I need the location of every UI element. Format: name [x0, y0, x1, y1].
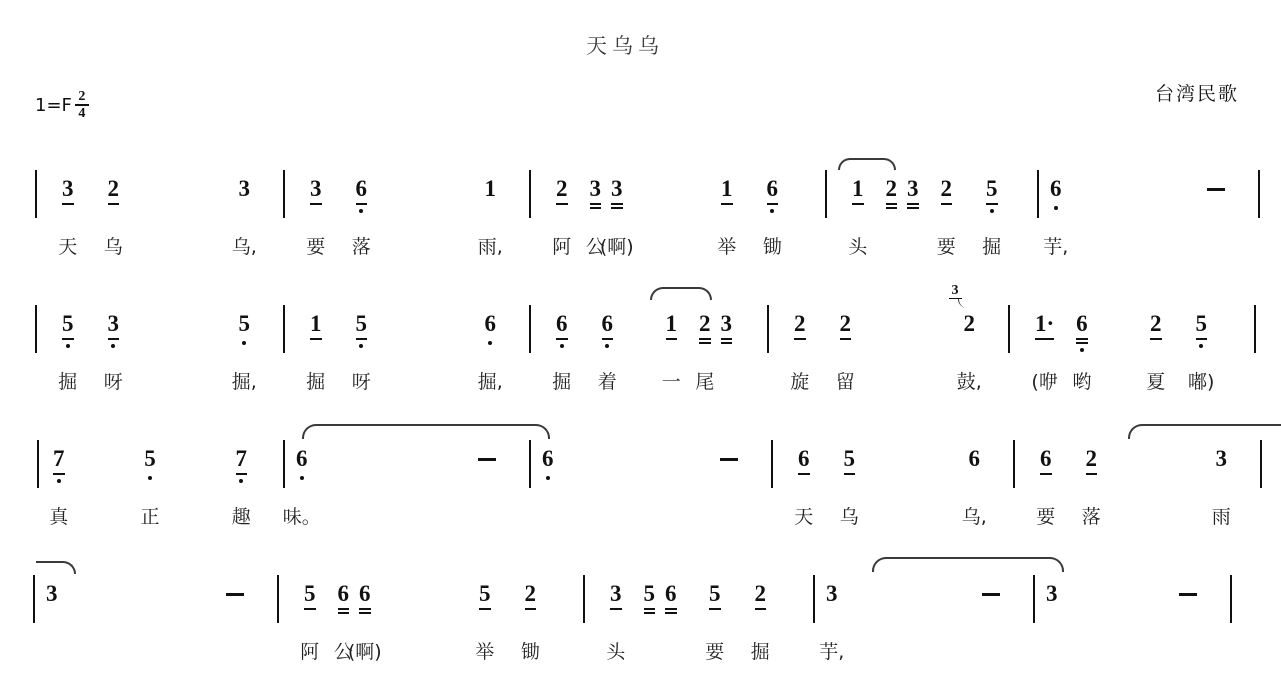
barline	[813, 575, 815, 623]
key-signature: 1=F 2 4	[35, 90, 89, 120]
measure: 1掘5呀6掘,	[291, 311, 521, 348]
note: 6	[539, 446, 557, 480]
measure: 6掘6着1一2尾3	[537, 311, 759, 348]
note-digit: 3	[310, 176, 322, 202]
low-octave-dot	[546, 476, 550, 480]
beam-underline	[310, 338, 322, 340]
slur-tie	[838, 158, 896, 170]
note-group: 23鼓,	[961, 311, 979, 337]
note: 6锄	[750, 176, 796, 213]
note: 6公	[333, 581, 355, 614]
note: 6落	[339, 176, 385, 213]
lyric: 乌	[840, 502, 859, 529]
note-digit: 6	[556, 311, 568, 337]
note-digit: 3	[907, 176, 919, 202]
note-digit: 6	[359, 581, 371, 607]
dash-note	[223, 581, 247, 596]
lyric: 着	[598, 367, 617, 394]
low-octave-dot	[560, 344, 564, 348]
note: 5正	[141, 446, 159, 480]
lyric: 掘,	[232, 367, 257, 394]
note-digit: 3	[721, 311, 733, 337]
note-group: 1举6锄	[704, 176, 795, 213]
measure: 6要2落3雨	[1021, 446, 1252, 475]
note-digit: 2	[941, 176, 953, 202]
note-group: 3	[1043, 581, 1061, 607]
note-digit: 6	[485, 311, 497, 337]
low-octave-dot	[1080, 348, 1084, 352]
note: 5嘟)	[1179, 311, 1225, 348]
note: 3乌,	[236, 176, 254, 202]
beam-underline	[338, 608, 350, 610]
measure: 5阿6公6(啊)5举2锄	[285, 581, 575, 614]
grace-note: 3	[949, 283, 962, 308]
note: 2	[881, 176, 903, 209]
beam-underline	[304, 608, 316, 610]
lyric: 乌	[104, 232, 123, 259]
measure: 6味。	[291, 446, 521, 480]
note: 2掘	[738, 581, 784, 610]
beam-underline	[721, 203, 733, 205]
beam-underline	[798, 473, 810, 475]
barline	[283, 440, 285, 488]
note-digit: 6	[542, 446, 554, 472]
note: 23鼓,	[961, 311, 979, 337]
note-digit: 2	[556, 176, 568, 202]
lyric: 乌,	[962, 502, 987, 529]
barline	[529, 170, 531, 218]
lyric: (啊)	[348, 637, 382, 664]
beam-underline-2	[1076, 342, 1088, 344]
score-line: 7真5正7趣6味。66天5乌6乌,6要2落3雨	[0, 428, 1281, 558]
note-digit: 6	[767, 176, 779, 202]
low-octave-dot	[605, 344, 609, 348]
note: 6天	[781, 446, 827, 475]
beam-underline	[844, 473, 856, 475]
lyric: 呀	[104, 367, 123, 394]
note: 6着	[585, 311, 631, 348]
measure: 5掘3呀5掘,	[43, 311, 275, 348]
note-digit: 3	[62, 176, 74, 202]
barline	[583, 575, 585, 623]
beam-underline	[108, 338, 120, 340]
beam-underline	[610, 608, 622, 610]
beam-underline-2	[644, 612, 656, 614]
lyric: 掘,	[478, 367, 503, 394]
note-digit: 2	[755, 581, 767, 607]
barline	[1258, 170, 1260, 218]
lyric: 掘	[306, 367, 325, 394]
note-group	[717, 446, 741, 461]
note-digit: 5	[144, 446, 156, 472]
beam-underline	[886, 203, 898, 205]
barline	[1037, 170, 1039, 218]
note: 6要	[1023, 446, 1069, 475]
note-digit: 6	[969, 446, 981, 472]
lyric: 嘟)	[1188, 367, 1214, 394]
note: 3	[1043, 581, 1061, 607]
dash-mark	[1207, 188, 1225, 191]
beam-underline-2	[721, 342, 733, 344]
note-digit: 3	[108, 311, 120, 337]
note-digit: 5	[844, 446, 856, 472]
note: 5掘	[969, 176, 1015, 213]
note-digit: 5	[479, 581, 491, 607]
beam-underline	[479, 608, 491, 610]
beam-underline	[1040, 473, 1052, 475]
barline	[771, 440, 773, 488]
note-group	[979, 581, 1003, 596]
note-group: 6芋,	[1047, 176, 1065, 210]
beam-underline	[359, 608, 371, 610]
note-digit: 1	[666, 311, 678, 337]
note: 2留	[823, 311, 869, 340]
note: 6哟	[1071, 311, 1093, 352]
lyric: 落	[1082, 502, 1101, 529]
note: 5掘,	[236, 311, 254, 345]
note-group: 5举2锄	[462, 581, 553, 610]
measure: 3天2乌3乌,	[43, 176, 275, 205]
beam-underline-2	[907, 207, 919, 209]
low-octave-dot	[770, 209, 774, 213]
lyric: 味。	[283, 502, 321, 529]
beam-underline-2	[590, 207, 602, 209]
barline	[529, 305, 531, 353]
lyric: 阿	[300, 637, 319, 664]
barline	[277, 575, 279, 623]
note-digit: 6	[1076, 311, 1088, 337]
note-group: 5阿6公6(啊)	[287, 581, 376, 614]
beam-underline	[310, 203, 322, 205]
beam-underline	[709, 608, 721, 610]
note-group: 6天5乌	[781, 446, 872, 475]
measure: 3头565要2掘	[591, 581, 805, 614]
note: 2落	[1069, 446, 1115, 475]
note-digit: 1	[721, 176, 733, 202]
lyric: 阿	[552, 232, 571, 259]
note: 7趣	[230, 446, 254, 483]
note-group: 1·(咿6哟	[1018, 311, 1093, 352]
note: 6(啊)	[354, 581, 376, 614]
note-group	[223, 581, 247, 596]
note: 7真	[47, 446, 71, 483]
beam-underline	[611, 203, 623, 205]
score-line: 3天2乌3乌,3要6落1雨,2阿3公3(啊)1举6锄1头232要5掘6芋,	[0, 158, 1281, 288]
dash-note	[979, 581, 1003, 596]
note-group: 6味。	[293, 446, 311, 480]
beam-underline-2	[665, 612, 677, 614]
beam-underline	[794, 338, 806, 340]
note-digit: 1	[485, 176, 497, 202]
beam-underline	[1035, 338, 1054, 340]
note-digit: 1	[852, 176, 864, 202]
note: 1举	[704, 176, 750, 205]
dash-note	[717, 446, 741, 461]
barline	[283, 305, 285, 353]
note-group: 5掘3呀	[45, 311, 136, 348]
note-group: 1掘5呀	[293, 311, 384, 348]
slur-tie	[872, 557, 1064, 572]
barline	[35, 170, 37, 218]
note-group: 2旋2留	[777, 311, 868, 340]
note: 6芋,	[1047, 176, 1065, 210]
beam-underline-2	[338, 612, 350, 614]
note: 2锄	[508, 581, 554, 610]
note: 3天	[45, 176, 91, 205]
key-text: 1=F	[35, 95, 72, 116]
lyric: 掘	[552, 367, 571, 394]
note-digit: 3	[590, 176, 602, 202]
beam-underline	[236, 473, 248, 475]
note: 3要	[293, 176, 339, 205]
note-digit: 2	[108, 176, 120, 202]
lyric: 正	[140, 502, 159, 529]
beam-underline	[62, 338, 74, 340]
sheet-music-page: { "page": { "title": "天乌乌", "credit": "台…	[0, 0, 1281, 686]
note-digit: 1	[310, 311, 322, 337]
note-group: 5正	[141, 446, 159, 480]
meter-denominator: 4	[78, 107, 85, 120]
lyric: 雨	[1212, 502, 1231, 529]
lyric: 头	[848, 232, 867, 259]
note-digit: 6	[602, 311, 614, 337]
beam-underline-2	[886, 207, 898, 209]
beam-underline	[556, 203, 568, 205]
lyric: 天	[794, 502, 813, 529]
barline	[1254, 305, 1256, 353]
low-octave-dot	[990, 209, 994, 213]
low-octave-dot	[1054, 206, 1058, 210]
beam-underline-2	[699, 342, 711, 344]
barline	[1230, 575, 1232, 623]
augmentation-dot: ·	[1047, 311, 1055, 336]
beam-underline	[666, 338, 678, 340]
note: 1雨,	[482, 176, 500, 202]
beam-underline	[941, 203, 953, 205]
note-digit: 3	[826, 581, 838, 607]
note-digit: 5	[644, 581, 656, 607]
note: 1头	[835, 176, 881, 205]
barline	[37, 440, 39, 488]
note-digit: 6	[1050, 176, 1062, 202]
note: 6味。	[293, 446, 311, 480]
beam-underline	[53, 473, 65, 475]
note-group: 1头23	[835, 176, 924, 209]
beam-underline	[852, 203, 864, 205]
note-group: 3乌,	[236, 176, 254, 202]
note: 3	[902, 176, 924, 209]
lyric: 举	[717, 232, 736, 259]
note-group: 7真	[47, 446, 71, 483]
note: 5呀	[339, 311, 385, 348]
slur-tie	[1128, 424, 1281, 439]
lyric: 乌,	[232, 232, 257, 259]
note-digit: 2	[794, 311, 806, 337]
barline	[33, 575, 35, 623]
note-digit: 2	[1086, 446, 1098, 472]
dash-note	[475, 446, 499, 461]
beam-underline	[767, 203, 779, 205]
low-octave-dot	[488, 341, 492, 345]
lyric: 要	[937, 232, 956, 259]
lyric: 芋,	[819, 637, 844, 664]
note: 3芋,	[823, 581, 841, 607]
low-octave-dot	[359, 209, 363, 213]
song-credit: 台湾民歌	[1155, 79, 1239, 106]
lyric: 趣	[232, 502, 251, 529]
note-group: 6	[539, 446, 557, 480]
dash-note	[1204, 176, 1228, 191]
note-group: 3芋,	[823, 581, 841, 607]
note-group: 1雨,	[482, 176, 500, 202]
grace-digit: 3	[949, 283, 962, 299]
measure: 6芋,	[1045, 176, 1250, 210]
note: 2要	[924, 176, 970, 205]
lyric: 尾	[695, 367, 714, 394]
low-octave-dot	[359, 344, 363, 348]
barline	[1260, 440, 1262, 488]
measure: 6	[537, 446, 763, 480]
beam-underline	[699, 338, 711, 340]
measure: 3芋,	[821, 581, 1025, 607]
barline	[529, 440, 531, 488]
beam-underline	[721, 338, 733, 340]
note-digit: 7	[53, 446, 65, 472]
lyric: 举	[475, 637, 494, 664]
note-group: 2夏5嘟)	[1133, 311, 1224, 348]
lyric: 要	[1036, 502, 1055, 529]
low-octave-dot	[1199, 344, 1203, 348]
lyric: (啊)	[600, 232, 634, 259]
barline	[1013, 440, 1015, 488]
beam-underline	[525, 608, 537, 610]
low-octave-dot	[148, 476, 152, 480]
beam-underline	[1196, 338, 1208, 340]
lyric: 天	[58, 232, 77, 259]
beam-underline	[986, 203, 998, 205]
note-digit: 6	[798, 446, 810, 472]
beam-underline	[1150, 338, 1162, 340]
lyric: 锄	[763, 232, 782, 259]
lyric: 要	[306, 232, 325, 259]
beam-underline	[356, 338, 368, 340]
beam-underline	[602, 338, 614, 340]
note-digit: 5	[62, 311, 74, 337]
lyric: 掘	[751, 637, 770, 664]
note-group: 3要6落	[293, 176, 384, 213]
note: 6乌,	[966, 446, 984, 472]
barline	[1008, 305, 1010, 353]
lyric: 哟	[1072, 367, 1091, 394]
lyric: 头	[606, 637, 625, 664]
lyric: 鼓,	[957, 367, 982, 394]
score-line: 35阿6公6(啊)5举2锄3头565要2掘3芋,3	[0, 563, 1281, 686]
low-octave-dot	[239, 479, 243, 483]
lyric: 夏	[1146, 367, 1165, 394]
note-group: 7趣	[230, 446, 254, 483]
note-digit: 6	[296, 446, 308, 472]
lyric: 呀	[352, 367, 371, 394]
beam-underline	[556, 338, 568, 340]
note-group: 5掘,	[236, 311, 254, 345]
note: 3(啊)	[606, 176, 628, 209]
note-group: 1一2尾3	[649, 311, 738, 344]
note: 5要	[692, 581, 738, 610]
beam-underline	[755, 608, 767, 610]
measure: 2阿3公3(啊)1举6锄	[537, 176, 817, 213]
beam-underline	[840, 338, 852, 340]
lyric: 掘	[982, 232, 1001, 259]
note-group: 3雨	[1213, 446, 1231, 472]
measure: 2旋2留23鼓,	[775, 311, 1000, 340]
beam-underline	[590, 203, 602, 205]
low-octave-dot	[111, 344, 115, 348]
lyric: 真	[49, 502, 68, 529]
note-digit: 5	[356, 311, 368, 337]
beam-underline	[644, 608, 656, 610]
note-group	[1204, 176, 1228, 191]
low-octave-dot	[57, 479, 61, 483]
measure: 1·(咿6哟2夏5嘟)	[1016, 311, 1246, 352]
note: 6掘,	[482, 311, 500, 345]
dash-mark	[982, 593, 1000, 596]
song-title: 天乌乌	[0, 30, 1250, 60]
lyric: 锄	[521, 637, 540, 664]
dash-mark	[720, 458, 738, 461]
barline	[767, 305, 769, 353]
note-digit: 2	[699, 311, 711, 337]
note-digit: 2	[964, 311, 976, 337]
lyric: 掘	[58, 367, 77, 394]
time-signature: 2 4	[75, 90, 89, 120]
slur-tie	[302, 424, 550, 439]
note: 3公	[585, 176, 607, 209]
note-digit: 3	[611, 176, 623, 202]
measure: 3	[1041, 581, 1222, 607]
note: 2乌	[91, 176, 137, 205]
note: 5阿	[287, 581, 333, 610]
lyric: 落	[352, 232, 371, 259]
slur-tie	[36, 561, 76, 574]
note: 5乌	[827, 446, 873, 475]
note: 3呀	[91, 311, 137, 348]
dash-mark	[226, 593, 244, 596]
note: 3	[43, 581, 61, 607]
note-group: 3天2乌	[45, 176, 136, 205]
note: 2旋	[777, 311, 823, 340]
note-digit: 3	[1216, 446, 1228, 472]
note: 3雨	[1213, 446, 1231, 472]
note-group: 2阿3公3(啊)	[539, 176, 628, 209]
lyric: 旋	[790, 367, 809, 394]
note-digit: 5	[986, 176, 998, 202]
lyric: 要	[705, 637, 724, 664]
dash-mark	[478, 458, 496, 461]
note: 3	[716, 311, 738, 344]
beam-underline-2	[611, 207, 623, 209]
barline	[825, 170, 827, 218]
note-digit: 6	[665, 581, 677, 607]
note: 2阿	[539, 176, 585, 205]
grace-slur	[958, 299, 968, 308]
note: 5举	[462, 581, 508, 610]
note: 1·(咿	[1018, 311, 1071, 340]
low-octave-dot	[242, 341, 246, 345]
lyric: 留	[836, 367, 855, 394]
lyric: (咿	[1031, 367, 1057, 394]
note-group: 6要2落	[1023, 446, 1114, 475]
note: 6掘	[539, 311, 585, 348]
